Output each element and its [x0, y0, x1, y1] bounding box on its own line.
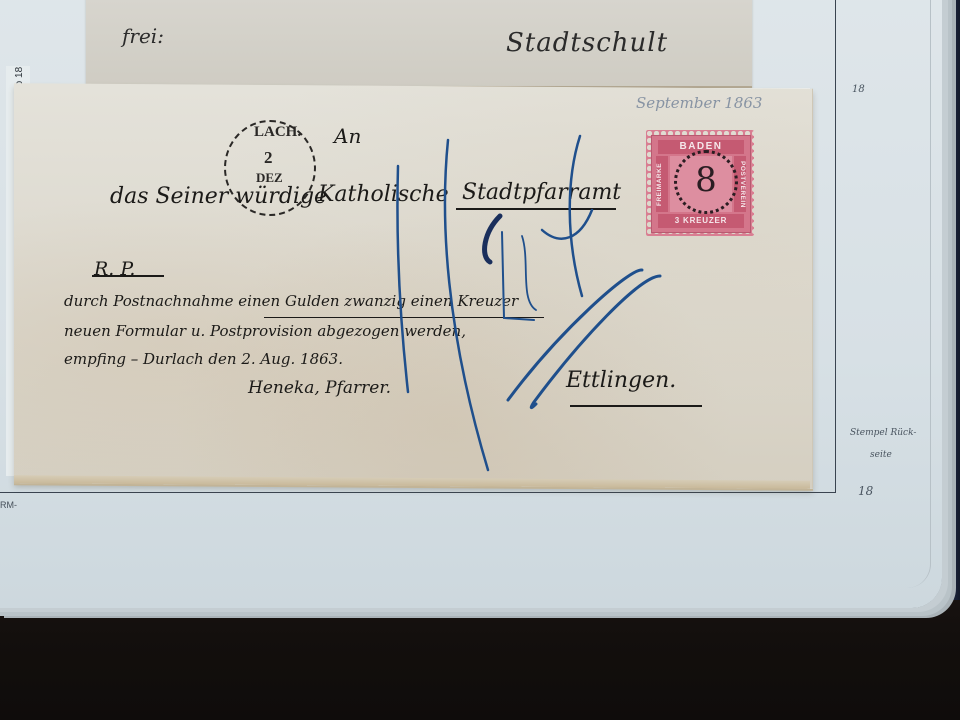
- blue-crayon-markings: [0, 0, 960, 720]
- stamp-left-text: FREIMARKE: [656, 156, 668, 212]
- numeral-cancel: 8: [674, 150, 738, 214]
- photo-scene: Sp 18 ... 1863 m. beiges. K2 "Durlach" R…: [0, 0, 960, 720]
- baden-3-kreuzer-stamp: BADEN FREIMARKE POSTVEREIN 3 KREUZER 8: [651, 135, 751, 233]
- stamp-value: 3 KREUZER: [658, 214, 744, 228]
